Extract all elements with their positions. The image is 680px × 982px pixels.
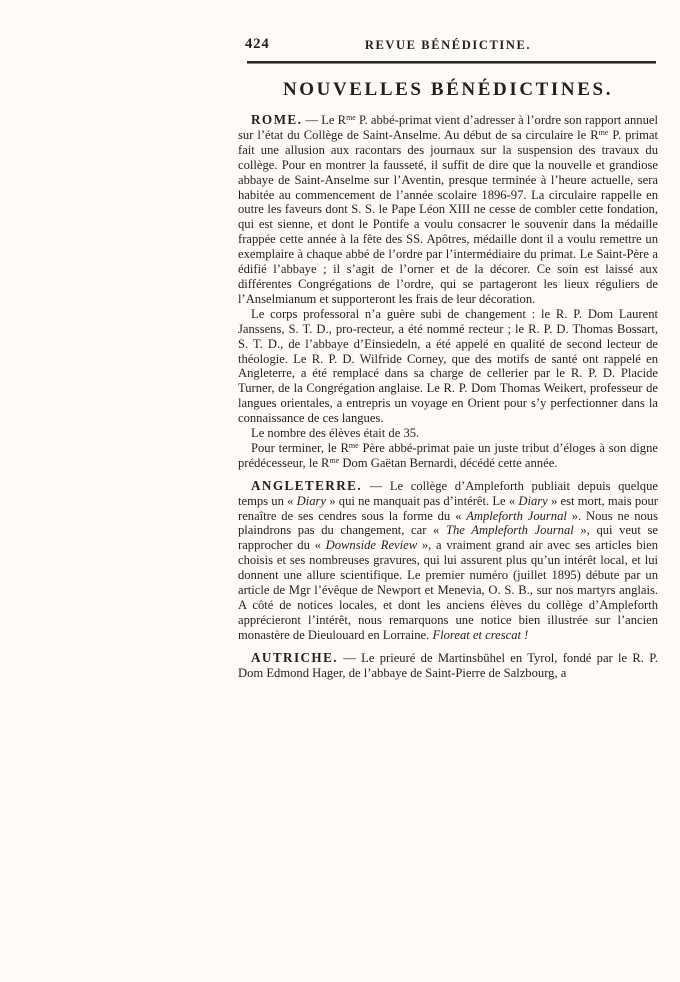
italic-title: Downside Review <box>326 538 417 552</box>
paragraph-rome: ROME. — Le Rme P. abbé-primat vient d’ad… <box>238 113 658 307</box>
paragraph-text: Le nombre des élèves était de 35. <box>251 426 419 440</box>
paragraph-text: P. primat fait une allusion aux racontar… <box>238 128 658 306</box>
paragraph-text: » qui ne manquait pas d’intérêt. Le « <box>326 494 518 508</box>
paragraph-lead: ROME. <box>251 112 302 127</box>
italic-title: Ampleforth Journal <box>466 509 567 523</box>
paragraph-text: Dom Gaëtan Bernardi, décédé cette année. <box>339 456 557 470</box>
scanned-page: { "header": { "page_number": "424", "jou… <box>0 0 680 982</box>
superscript-abbrev: me <box>349 441 359 450</box>
italic-title: Floreat et crescat ! <box>432 628 528 642</box>
header-rule <box>247 61 656 64</box>
paragraph-lead: AUTRICHE. <box>251 650 338 665</box>
italic-title: Diary <box>518 494 547 508</box>
section-title: NOUVELLES BÉNÉDICTINES. <box>238 79 658 101</box>
paragraph-corps-professoral: Le corps professoral n’a guère subi de c… <box>238 307 658 426</box>
superscript-abbrev: me <box>346 113 356 122</box>
running-header: 424 REVUE BÉNÉDICTINE. <box>238 36 658 56</box>
paragraph-angleterre: ANGLETERRE. — Le collège d’Ampleforth pu… <box>238 479 658 643</box>
paragraph-lead: ANGLETERRE. <box>251 478 362 493</box>
superscript-abbrev: me <box>599 128 609 137</box>
italic-title: Diary <box>297 494 326 508</box>
page-column: 424 REVUE BÉNÉDICTINE. NOUVELLES BÉNÉDIC… <box>238 36 658 681</box>
paragraph-text: Pour terminer, le R <box>251 441 349 455</box>
paragraph-text: », a vraiment grand air avec ses article… <box>238 538 658 641</box>
superscript-abbrev: me <box>329 456 339 465</box>
paragraph-autriche: AUTRICHE. — Le prieuré de Martinsbühel e… <box>238 651 658 681</box>
paragraph-text: Le corps professoral n’a guère subi de c… <box>238 307 658 425</box>
paragraph-nombre-eleves: Le nombre des élèves était de 35. <box>238 426 658 441</box>
paragraph-text: — Le R <box>302 113 346 127</box>
page-number: 424 <box>245 36 270 53</box>
italic-title: The Ampleforth Journal <box>446 523 574 537</box>
article-body: ROME. — Le Rme P. abbé-primat vient d’ad… <box>238 113 658 681</box>
journal-title: REVUE BÉNÉDICTINE. <box>238 36 658 53</box>
paragraph-pour-terminer: Pour terminer, le Rme Père abbé-primat p… <box>238 441 658 471</box>
